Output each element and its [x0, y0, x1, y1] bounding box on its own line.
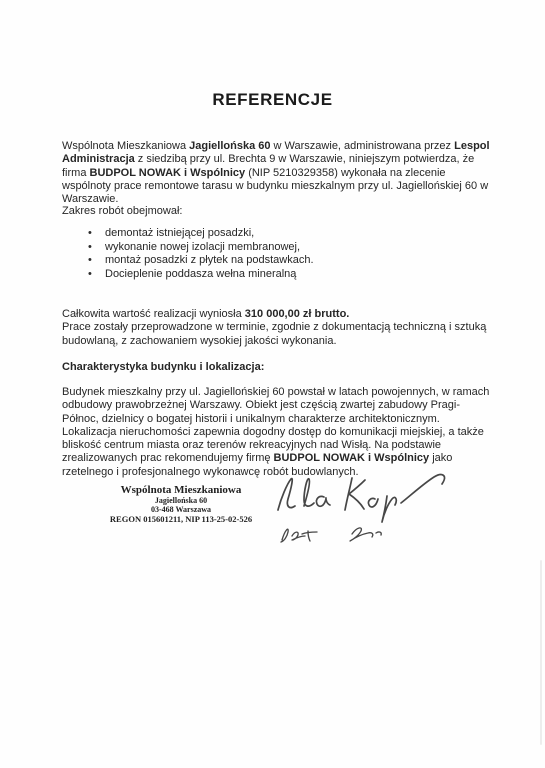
contract-value-amount: 310 000,00 zł brutto. — [245, 308, 350, 320]
stamp-city: 03-468 Warszawa — [95, 505, 267, 514]
text-run: w Warszawie, administrowana przez — [271, 140, 455, 152]
contract-value-paragraph: Całkowita wartość realizacji wyniosła 31… — [62, 308, 490, 348]
scope-of-works-list: demontaż istniejącej posadzki, wykonanie… — [88, 227, 468, 281]
stamp-street: Jagiellońska 60 — [95, 496, 267, 505]
scope-item: demontaż istniejącej posadzki, — [88, 227, 468, 241]
contractor-name: BUDPOL NOWAK i Wspólnicy — [90, 167, 246, 179]
text-run: Całkowita wartość realizacji wyniosła — [62, 308, 245, 320]
stamp-community-name: Wspólnota Mieszkaniowa — [95, 484, 267, 496]
scope-item: montaż posadzki z płytek na podstawkach. — [88, 254, 468, 268]
scope-item: Docieplenie poddasza wełna mineralną — [88, 268, 468, 282]
quality-statement: Prace zostały przeprowadzone w terminie,… — [62, 321, 490, 348]
document-page: REFERENCJE Wspólnota Mieszkaniowa Jagiel… — [0, 0, 545, 768]
stamp-regon-nip: REGON 015601211, NIP 113-25-02-526 — [95, 514, 267, 524]
community-name: Jagiellońska 60 — [189, 140, 270, 152]
contract-value-line: Całkowita wartość realizacji wyniosła 31… — [62, 308, 490, 321]
scope-item: wykonanie nowej izolacji membranowej, — [88, 241, 468, 255]
text-run: Wspólnota Mieszkaniowa — [62, 140, 189, 152]
contractor-name: BUDPOL NOWAK i Wspólnicy — [274, 452, 430, 464]
characteristics-heading: Charakterystyka budynku i lokalizacja: — [62, 361, 264, 374]
document-title: REFERENCJE — [0, 90, 545, 110]
company-stamp: Wspólnota Mieszkaniowa Jagiellońska 60 0… — [95, 484, 267, 524]
intro-paragraph: Wspólnota Mieszkaniowa Jagiellońska 60 w… — [62, 140, 490, 206]
handwritten-signature — [268, 466, 468, 561]
scope-of-works-label: Zakres robót obejmował: — [62, 205, 182, 218]
scan-artifact — [540, 560, 542, 745]
